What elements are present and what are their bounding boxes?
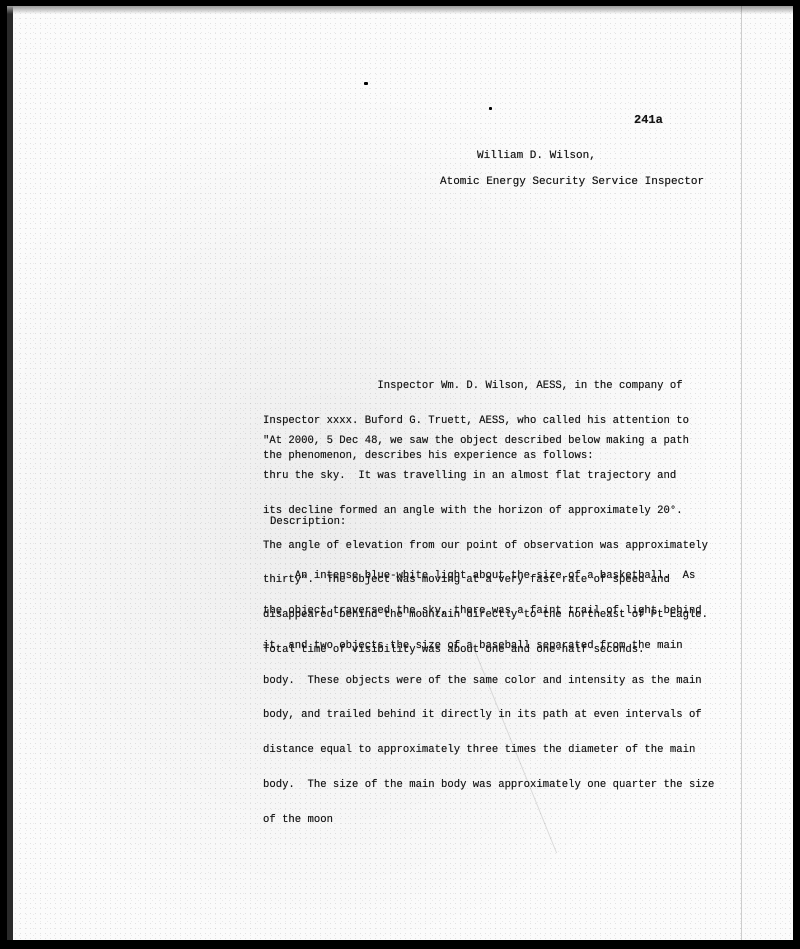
author-name: William D. Wilson,	[477, 151, 596, 163]
text-line: body. The size of the main body was appr…	[263, 780, 714, 792]
text-line: "At 2000, 5 Dec 48, we saw the object de…	[263, 436, 708, 448]
scanned-document-frame: 241a William D. Wilson, Atomic Energy Se…	[0, 0, 800, 949]
text-line: thru the sky. It was travelling in an al…	[263, 471, 708, 483]
ink-speck	[364, 82, 368, 85]
scan-right-edge	[793, 0, 800, 949]
scan-top-shadow	[7, 6, 793, 14]
fold-line	[741, 6, 742, 940]
text-line: the object traversed the sky, there was …	[263, 606, 714, 618]
text-line: of the moon	[263, 815, 714, 827]
text-line: An intense blue-white light about the si…	[263, 571, 714, 583]
text-line: Inspector Wm. D. Wilson, AESS, in the co…	[263, 381, 689, 393]
text-line: body. These objects were of the same col…	[263, 676, 714, 688]
description-paragraph: An intense blue-white light about the si…	[263, 548, 714, 849]
description-heading: Description:	[270, 517, 346, 529]
author-title: Atomic Energy Security Service Inspector	[440, 177, 704, 189]
page-number: 241a	[634, 115, 663, 127]
ink-speck	[489, 107, 492, 110]
text-line: distance equal to approximately three ti…	[263, 745, 714, 757]
text-line: body, and trailed behind it directly in …	[263, 710, 714, 722]
text-line: it, and two objects the size of a baseba…	[263, 641, 714, 653]
